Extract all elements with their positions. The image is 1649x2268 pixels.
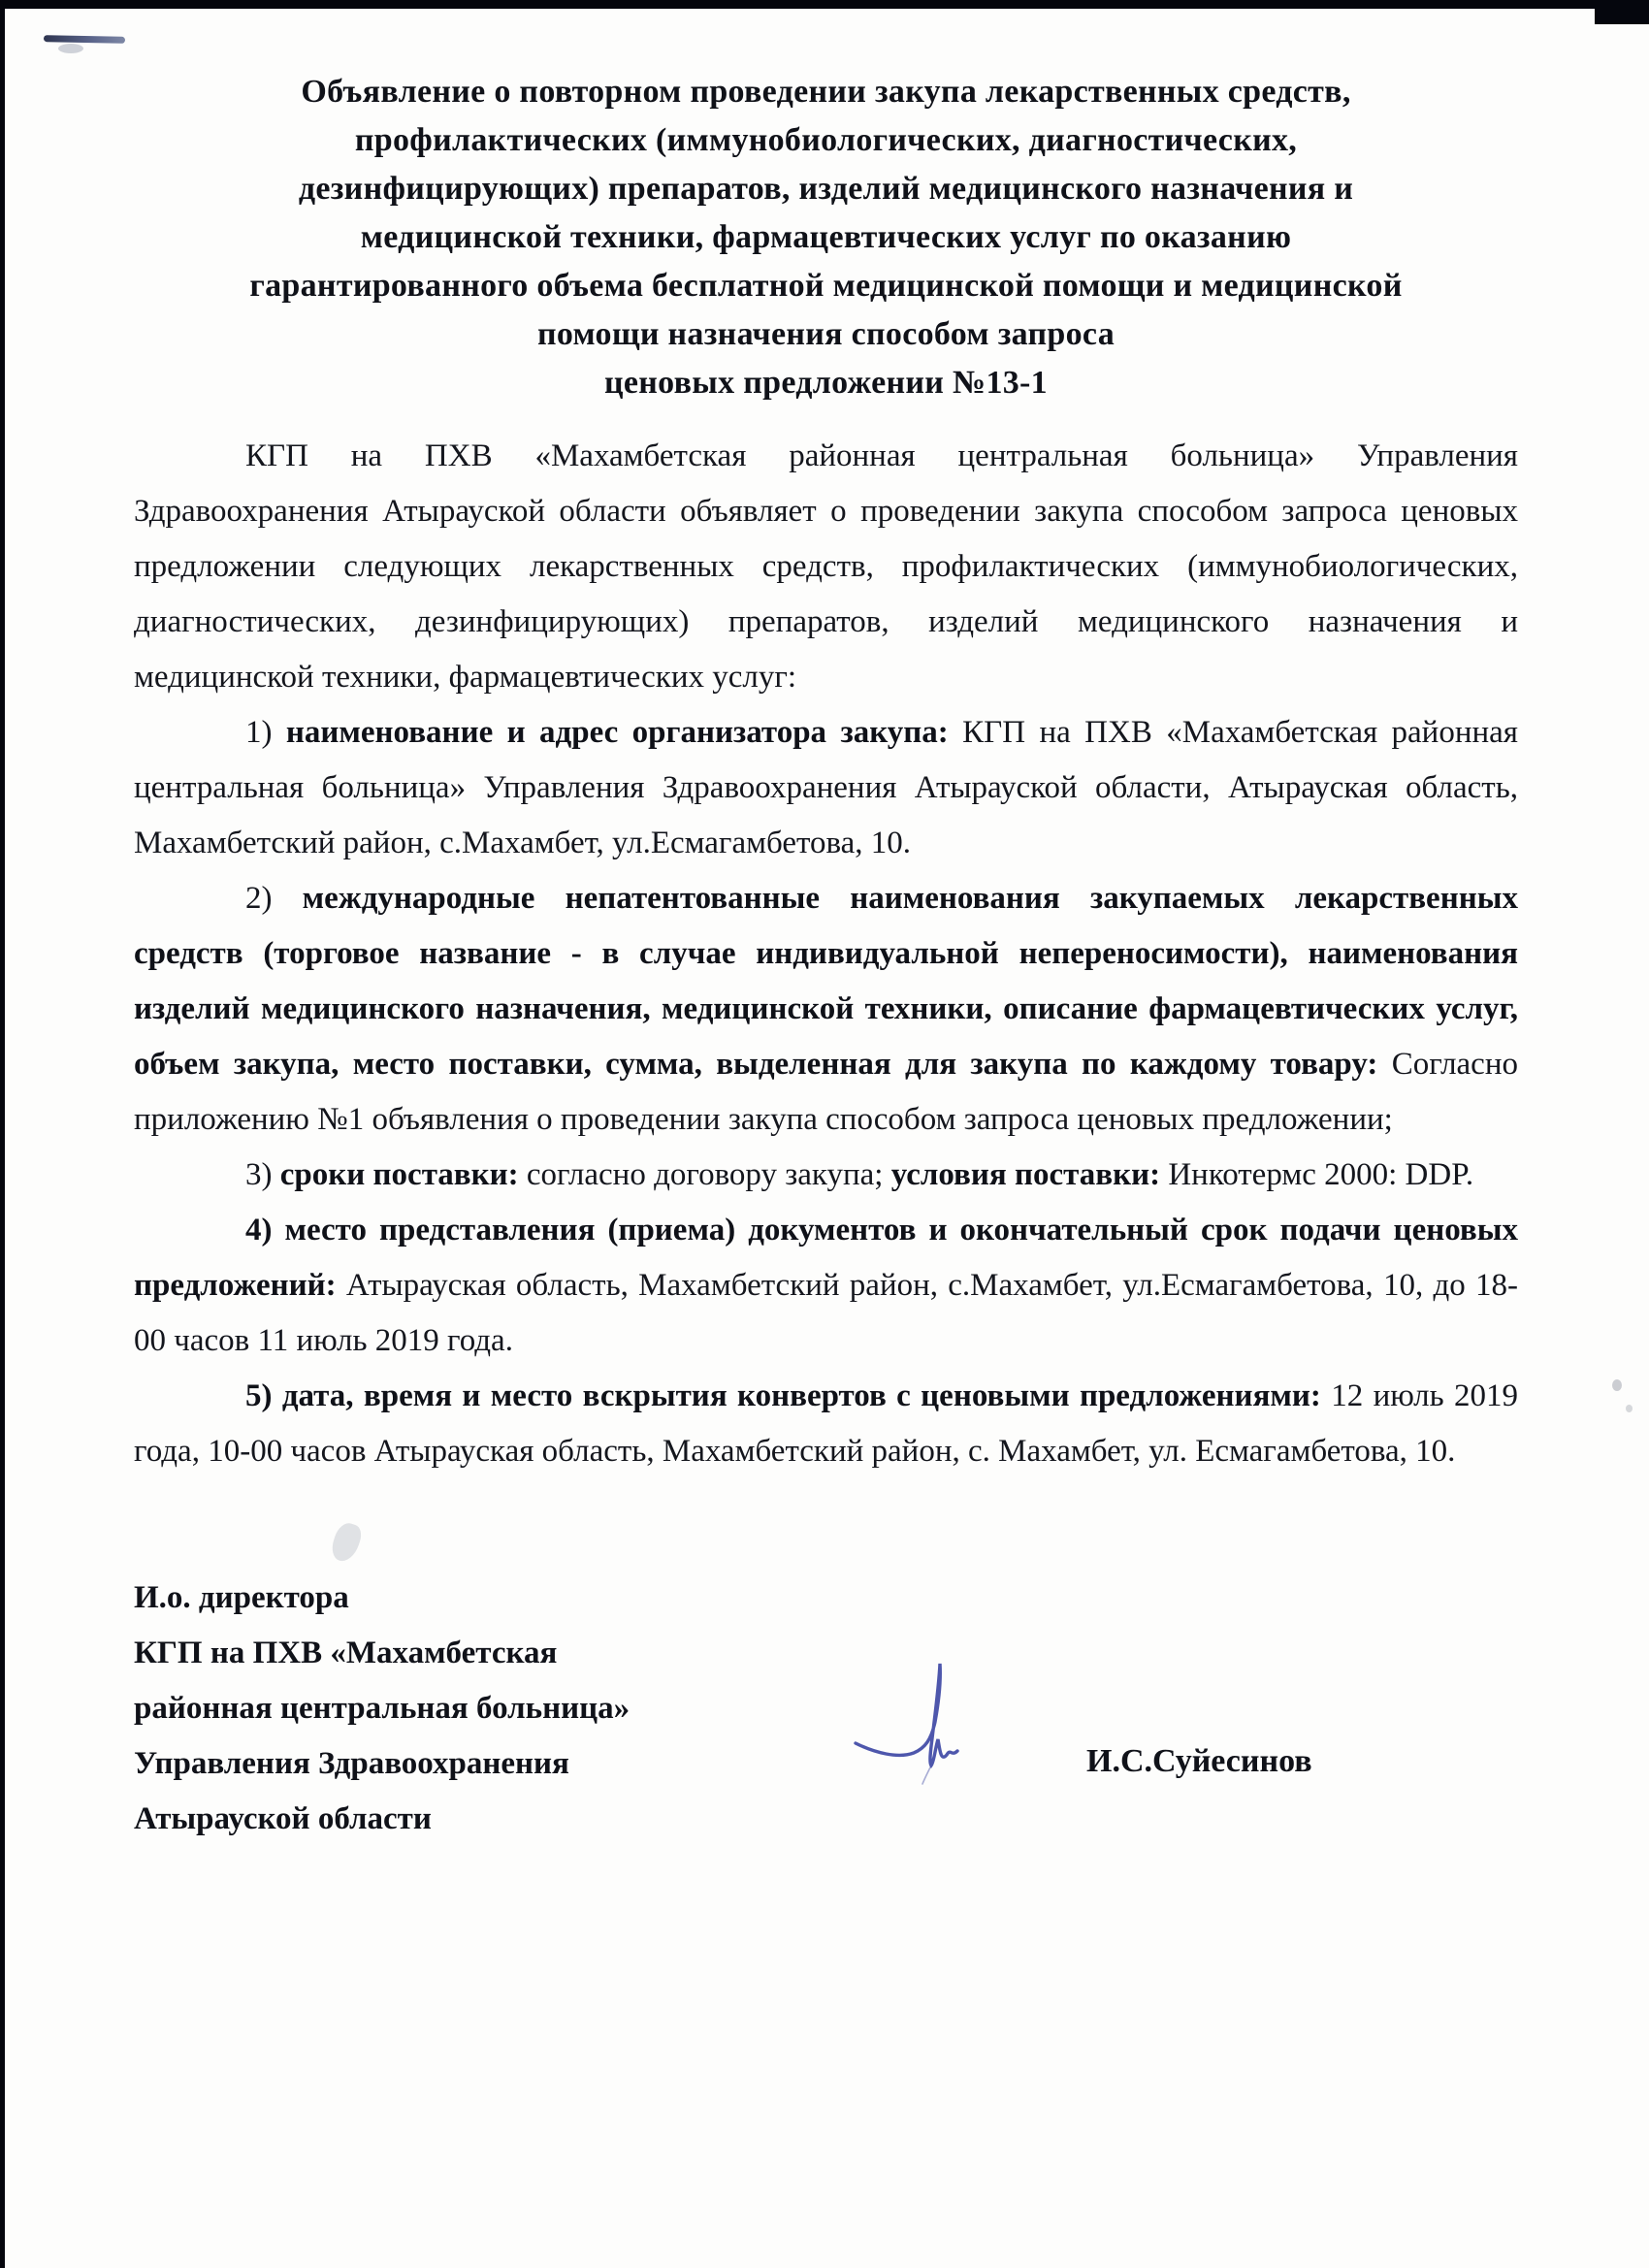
- title-line: медицинской техники, фармацевтических ус…: [134, 213, 1518, 262]
- scan-speck: [1626, 1405, 1633, 1412]
- signatory-line: районная центральная больница»: [134, 1681, 1518, 1736]
- signatory-line: КГП на ПХВ «Махамбетская: [134, 1626, 1518, 1681]
- pen-mark: [44, 35, 125, 44]
- scan-speck: [1612, 1379, 1622, 1391]
- scan-edge-top-right-corner: [1595, 0, 1649, 24]
- document-title: Объявление о повторном проведении закупа…: [134, 68, 1518, 407]
- title-line: дезинфицирующих) препаратов, изделий мед…: [134, 165, 1518, 213]
- body-paragraph: 1) наименование и адрес организатора зак…: [134, 705, 1518, 871]
- signatory-line: Атырауской области: [134, 1792, 1518, 1847]
- title-line: профилактических (иммунобиологических, д…: [134, 116, 1518, 165]
- signer-name: И.С.Суйесинов: [1086, 1733, 1312, 1789]
- body-paragraph: 5) дата, время и место вскрытия конверто…: [134, 1369, 1518, 1479]
- body-paragraph: 4) место представления (приема) документ…: [134, 1203, 1518, 1369]
- title-line: помощи назначения способом запроса: [134, 310, 1518, 359]
- title-line: ценовых предложении №13-1: [134, 359, 1518, 407]
- document-body: КГП на ПХВ «Махамбетская районная центра…: [134, 429, 1518, 1479]
- document-content: Объявление о повторном проведении закупа…: [134, 68, 1518, 1813]
- signatory-line: И.о. директора: [134, 1571, 1518, 1626]
- scan-edge-left: [0, 0, 5, 2268]
- scanned-document-page: Объявление о повторном проведении закупа…: [0, 0, 1649, 2268]
- body-paragraph: КГП на ПХВ «Махамбетская районная центра…: [134, 429, 1518, 705]
- handwritten-signature: [854, 1646, 1009, 1787]
- signature-block: И.о. директораКГП на ПХВ «Махамбетскаяра…: [134, 1571, 1518, 1813]
- scan-edge-top: [0, 0, 1649, 9]
- body-paragraph: 2) международные непатентованные наимено…: [134, 871, 1518, 1148]
- scan-smudge: [58, 44, 83, 53]
- title-line: Объявление о повторном проведении закупа…: [134, 68, 1518, 116]
- body-paragraph: 3) сроки поставки: согласно договору зак…: [134, 1148, 1518, 1203]
- signatory-position-lines: И.о. директораКГП на ПХВ «Махамбетскаяра…: [134, 1571, 1518, 1847]
- title-line: гарантированного объема бесплатной медиц…: [134, 262, 1518, 310]
